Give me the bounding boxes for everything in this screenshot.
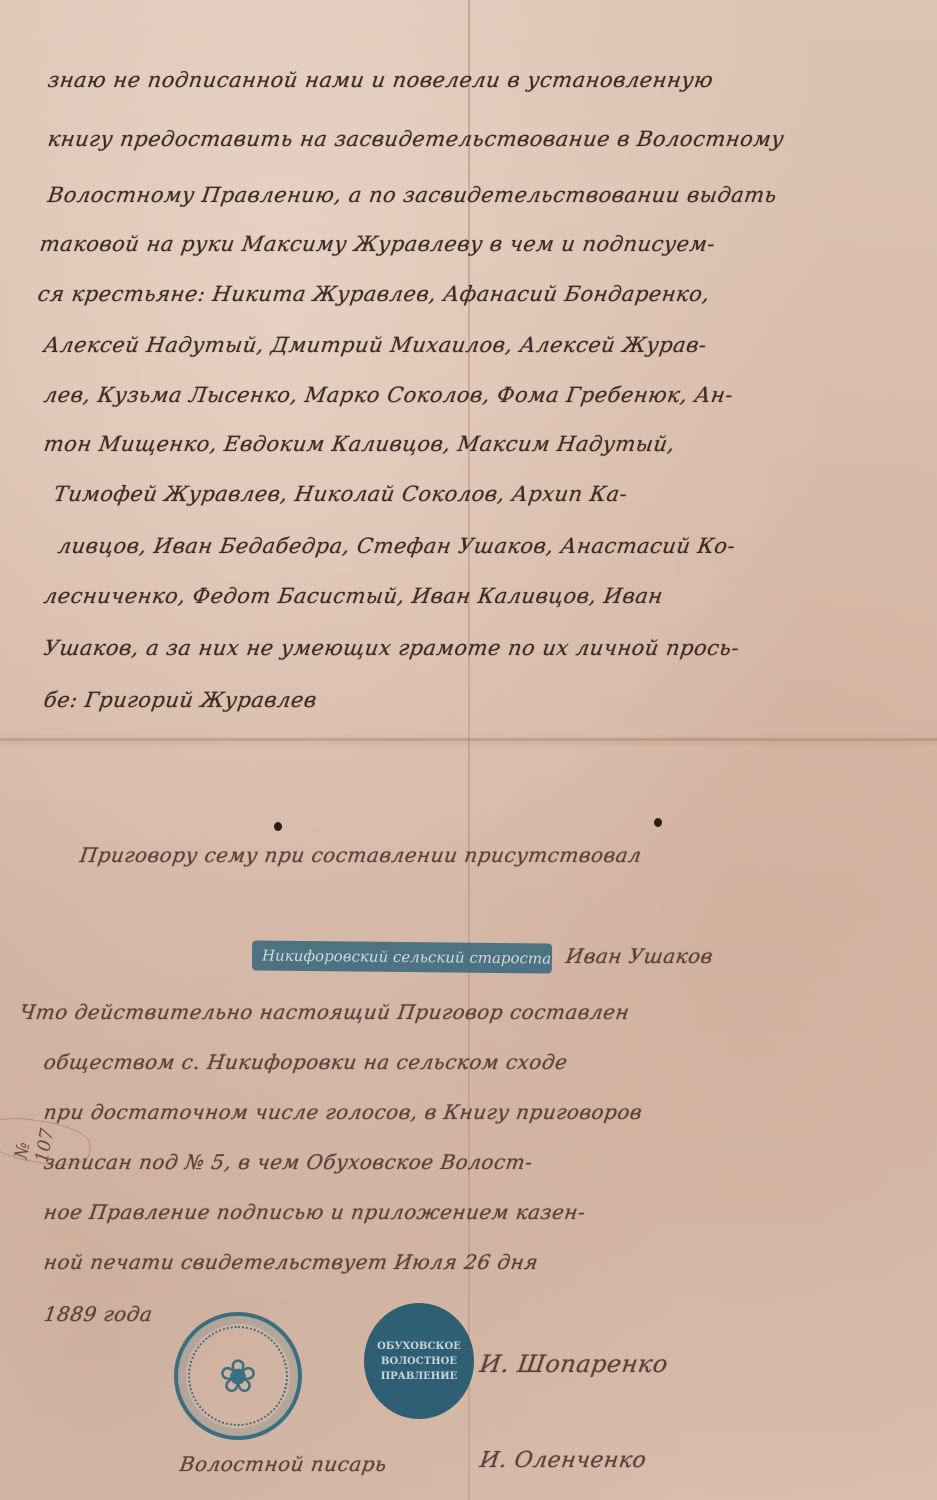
seal-text-line: ВОЛОСТНОЕ — [381, 1354, 457, 1369]
punch-hole — [274, 822, 282, 831]
clerk-label: Волостной писарь — [178, 1452, 401, 1476]
text-line: книгу предоставить на засвидетельствован… — [46, 127, 937, 151]
certification-line: обществом с. Никифоровки на сельском схо… — [42, 1050, 937, 1074]
certification-line: Что действительно настоящий Приговор сос… — [18, 1000, 937, 1024]
text-line: Алексей Надутый, Дмитрий Михаилов, Алекс… — [42, 333, 937, 357]
horizontal-fold-crease — [0, 738, 937, 741]
text-line: знаю не подписанной нами и повелели в ус… — [46, 68, 937, 92]
certification-line: при достаточном числе голосов, в Книгу п… — [42, 1100, 937, 1124]
text-line: таковой на руки Максиму Журавлеву в чем … — [38, 232, 937, 256]
text-line: Ушаков, а за них не умеющих грамоте по и… — [42, 636, 937, 660]
seal-text-line: ОБУХОВСКОЕ — [377, 1339, 461, 1354]
certification-line: записан под № 5, в чем Обуховское Волост… — [42, 1150, 937, 1174]
text-line: бе: Григорий Журавлев — [42, 688, 937, 712]
text-line: лесниченко, Федот Басистый, Иван Каливцо… — [42, 584, 937, 608]
text-line: ливцов, Иван Бедабедра, Стефан Ушаков, А… — [56, 534, 937, 558]
certification-line: ное Правление подписью и приложением каз… — [42, 1200, 937, 1224]
seal-text-line: ПРАВЛЕНИЕ — [381, 1369, 458, 1384]
village-elder-rectangular-stamp: Никифоровский сельский староста — [252, 940, 552, 973]
text-line: Волостному Правлению, а по засвидетельст… — [46, 183, 937, 207]
double-headed-eagle-icon: ❀ — [188, 1326, 288, 1426]
certification-line: ной печати свидетельствует Июля 26 дня — [42, 1250, 937, 1274]
punch-hole — [654, 818, 662, 827]
text-line: ся крестьяне: Никита Журавлев, Афанасий … — [36, 282, 937, 306]
text-line: тон Мищенко, Евдоким Каливцов, Максим На… — [42, 432, 937, 456]
eagle-seal-stamp: ❀ — [174, 1312, 302, 1440]
volost-board-seal-stamp: ОБУХОВСКОЕ ВОЛОСТНОЕ ПРАВЛЕНИЕ — [364, 1303, 474, 1419]
text-line: Тимофей Журавлев, Николай Соколов, Архип… — [52, 482, 937, 506]
stamp-signature: Иван Ушаков — [564, 944, 867, 968]
elder-signature: И. Шопаренко — [478, 1350, 782, 1378]
vertical-fold-crease — [468, 0, 470, 1500]
presence-line: Приговору сему при составлении присутств… — [78, 843, 937, 867]
text-line: лев, Кузьма Лысенко, Марко Соколов, Фома… — [42, 383, 937, 407]
clerk-signature: И. Оленченко — [478, 1448, 782, 1473]
